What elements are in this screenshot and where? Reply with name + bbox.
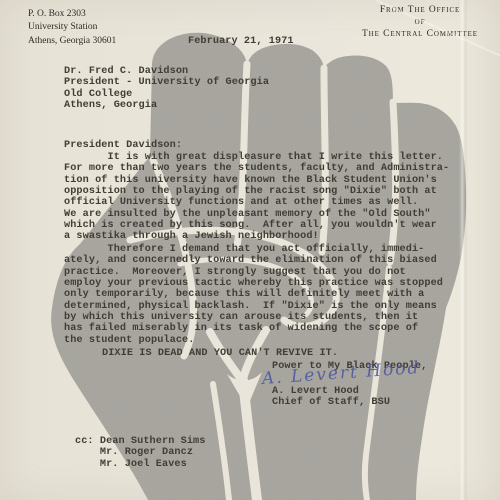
slogan-line: DIXIE IS DEAD AND YOU CAN'T REVIVE IT. — [102, 348, 338, 359]
salutation: President Davidson: — [64, 140, 182, 151]
office-header-line1: From The Office — [340, 5, 500, 17]
typed-signature-name: A. Levert Hood — [272, 386, 359, 397]
signer-title: Chief of Staff, BSU — [272, 397, 390, 408]
letter-paragraph-1: It is with great displeasure that I writ… — [64, 152, 449, 243]
letter-date: February 21, 1971 — [188, 36, 294, 47]
letter-paragraph-2: Therefore I demand that you act official… — [64, 244, 443, 346]
scanned-letter-page: P. O. Box 2303 University Station Athens… — [0, 0, 500, 500]
office-header-line2: of — [340, 17, 500, 29]
office-header: From The Office of The Central Committee — [340, 5, 500, 40]
cc-list: cc: Dean Suthern Sims Mr. Roger Dancz Mr… — [75, 436, 205, 470]
sender-address: P. O. Box 2303 University Station Athens… — [28, 8, 116, 48]
office-header-line3: The Central Committee — [340, 29, 500, 41]
recipient-address: Dr. Fred C. Davidson President - Univers… — [64, 66, 269, 111]
